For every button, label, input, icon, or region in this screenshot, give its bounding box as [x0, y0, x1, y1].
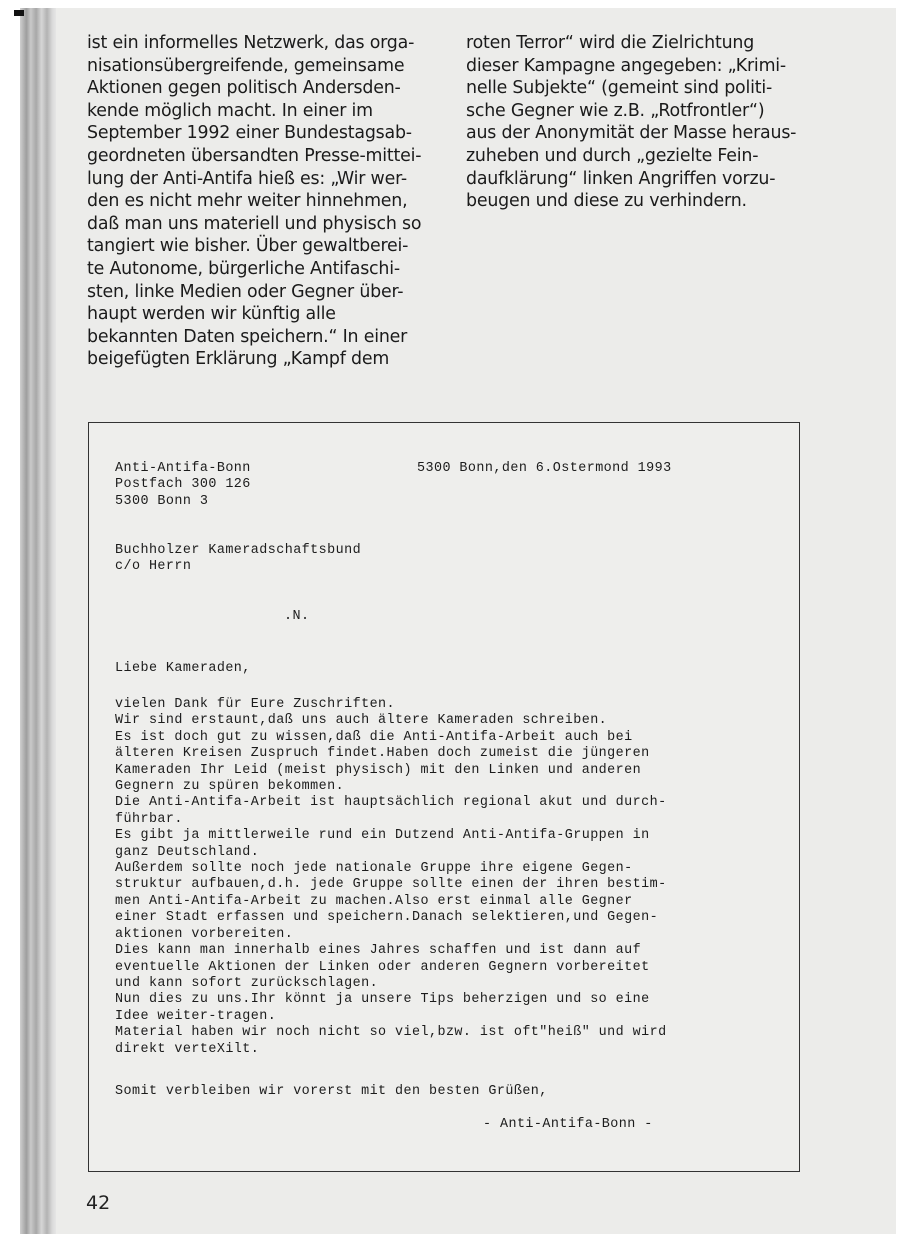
letter-date: 5300 Bonn,den 6.Ostermond 1993	[417, 461, 672, 477]
letter-closing: Somit verbleiben wir vorerst mit den bes…	[115, 1084, 548, 1100]
letter-body: vielen Dank für Eure Zuschriften. Wir si…	[115, 697, 667, 1058]
book-binding-edge	[20, 8, 56, 1234]
letter-salutation: Liebe Kameraden,	[115, 661, 251, 677]
letter-sender-address: Anti-Antifa-Bonn Postfach 300 126 5300 B…	[115, 461, 251, 510]
article-right-column: roten Terror“ wird die Zielrichtung dies…	[466, 32, 796, 213]
letter-recipient-name: .N.	[284, 609, 309, 625]
scan-corner-mark	[14, 10, 24, 16]
letter-facsimile: Anti-Antifa-Bonn Postfach 300 126 5300 B…	[88, 422, 800, 1172]
letter-recipient-address: Buchholzer Kameradschaftsbund c/o Herrn	[115, 543, 361, 576]
page-number: 42	[86, 1192, 110, 1214]
letter-signature: - Anti-Antifa-Bonn -	[483, 1117, 653, 1133]
article-left-column: ist ein informelles Netzwerk, das orga- …	[87, 32, 421, 371]
